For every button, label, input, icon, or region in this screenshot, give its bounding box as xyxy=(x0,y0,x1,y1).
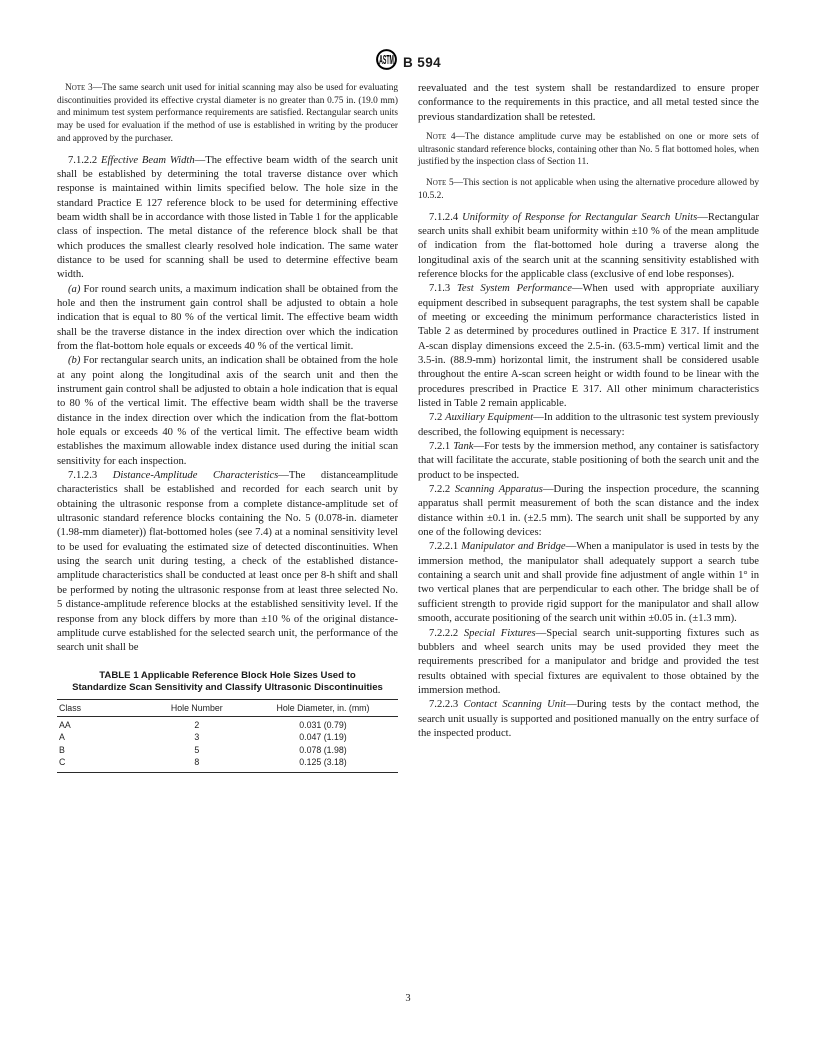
note-4: Note 4—The distance amplitude curve may … xyxy=(418,131,759,169)
paragraph-text: —When a manipulator is used in tests by … xyxy=(418,541,759,624)
table-1-body: AA 2 0.031 (0.79) A 3 0.047 (1.19) B 5 xyxy=(57,717,398,773)
note-label: Note 4 xyxy=(426,132,455,142)
column-header-class: Class xyxy=(57,700,146,717)
two-column-body: Note 3—The same search unit used for ini… xyxy=(57,82,759,773)
cell-hole-number: 5 xyxy=(146,744,248,756)
table-row: B 5 0.078 (1.98) xyxy=(57,744,398,756)
section-number: 7.2 xyxy=(429,412,445,423)
paragraph-7-2-2: 7.2.2Scanning Apparatus—During the inspe… xyxy=(418,483,759,540)
section-number: 7.1.3 xyxy=(429,283,457,294)
paragraph-7-2-2-3: 7.2.2.3Contact Scanning Unit—During test… xyxy=(418,698,759,741)
note-3: Note 3—The same search unit used for ini… xyxy=(57,82,398,146)
cell-hole-number: 8 xyxy=(146,757,248,773)
section-number: 7.2.2.2 xyxy=(429,628,464,639)
paragraph-7-1-2-4: 7.1.2.4Uniformity of Response for Rectan… xyxy=(418,211,759,283)
cell-hole-diameter: 0.031 (0.79) xyxy=(248,717,398,732)
document-page: ASTM B 594 Note 3—The same search unit u… xyxy=(0,0,816,1056)
right-column: reevaluated and the test system shall be… xyxy=(418,82,759,773)
paragraph-text: —The distanceamplitude characteristics s… xyxy=(57,470,398,653)
table-header-row: Class Hole Number Hole Diameter, in. (mm… xyxy=(57,700,398,717)
cell-hole-number: 3 xyxy=(146,732,248,744)
section-title: Effective Beam Width xyxy=(101,155,195,166)
paragraph-text: —The effective beam width of the search … xyxy=(57,155,398,281)
paragraph-continuation: reevaluated and the test system shall be… xyxy=(418,82,759,125)
section-title: Auxiliary Equipment xyxy=(445,412,533,423)
note-text: —This section is not applicable when usi… xyxy=(418,178,759,201)
cell-hole-diameter: 0.078 (1.98) xyxy=(248,744,398,756)
paragraph-text: —When used with appropriate auxiliary eq… xyxy=(418,283,759,409)
cell-class: B xyxy=(57,744,146,756)
paragraph-7-1-2-3: 7.1.2.3Distance-Amplitude Characteristic… xyxy=(57,469,398,655)
section-title: Distance-Amplitude Characteristics xyxy=(113,470,279,481)
table-1-grid: Class Hole Number Hole Diameter, in. (mm… xyxy=(57,699,398,773)
list-marker: (a) xyxy=(68,284,80,295)
section-title: Manipulator and Bridge xyxy=(461,541,565,552)
paragraph-7-1-2-2: 7.1.2.2Effective Beam Width—The effectiv… xyxy=(57,154,398,283)
table-row: A 3 0.047 (1.19) xyxy=(57,732,398,744)
cell-class: A xyxy=(57,732,146,744)
paragraph-a: (a) For round search units, a maximum in… xyxy=(57,283,398,355)
cell-class: AA xyxy=(57,717,146,732)
paragraph-text: For round search units, a maximum indica… xyxy=(57,284,398,352)
paragraph-b: (b) For rectangular search units, an ind… xyxy=(57,354,398,469)
table-1-title: TABLE 1 Applicable Reference Block Hole … xyxy=(57,670,398,695)
paragraph-7-2: 7.2Auxiliary Equipment—In addition to th… xyxy=(418,411,759,440)
table-1: TABLE 1 Applicable Reference Block Hole … xyxy=(57,670,398,774)
list-marker: (b) xyxy=(68,355,80,366)
section-title: Contact Scanning Unit xyxy=(464,699,567,710)
column-header-hole-number: Hole Number xyxy=(146,700,248,717)
section-title: Special Fixtures xyxy=(464,628,536,639)
standard-designation: B 594 xyxy=(403,55,441,70)
note-label: Note 5 xyxy=(426,178,454,188)
section-title: Scanning Apparatus xyxy=(455,484,543,495)
cell-hole-number: 2 xyxy=(146,717,248,732)
note-label: Note 3 xyxy=(65,83,93,93)
page-number: 3 xyxy=(405,993,410,1004)
paragraph-7-2-2-1: 7.2.2.1Manipulator and Bridge—When a man… xyxy=(418,540,759,626)
table-row: C 8 0.125 (3.18) xyxy=(57,757,398,773)
section-number: 7.2.2.3 xyxy=(429,699,464,710)
section-title: Uniformity of Response for Rectangular S… xyxy=(462,212,697,223)
left-column: Note 3—The same search unit used for ini… xyxy=(57,82,398,773)
note-5: Note 5—This section is not applicable wh… xyxy=(418,177,759,202)
cell-hole-diameter: 0.125 (3.18) xyxy=(248,757,398,773)
page-footer: 3 xyxy=(0,993,816,1004)
column-header-hole-diameter: Hole Diameter, in. (mm) xyxy=(248,700,398,717)
section-number: 7.1.2.2 xyxy=(68,155,101,166)
note-text: —The distance amplitude curve may be est… xyxy=(418,132,759,167)
paragraph-text: For rectangular search units, an indicat… xyxy=(57,355,398,466)
paragraph-7-2-1: 7.2.1Tank—For tests by the immersion met… xyxy=(418,440,759,483)
page-header: ASTM B 594 xyxy=(57,50,759,74)
astm-logo-letters: ASTM xyxy=(379,53,394,67)
section-number: 7.1.2.3 xyxy=(68,470,113,481)
section-number: 7.1.2.4 xyxy=(429,212,462,223)
section-title: Test System Performance xyxy=(457,283,572,294)
paragraph-7-2-2-2: 7.2.2.2Special Fixtures—Special search u… xyxy=(418,627,759,699)
cell-hole-diameter: 0.047 (1.19) xyxy=(248,732,398,744)
astm-logo-icon: ASTM xyxy=(375,48,398,76)
section-title: Tank xyxy=(453,441,473,452)
table-row: AA 2 0.031 (0.79) xyxy=(57,717,398,732)
section-number: 7.2.2 xyxy=(429,484,455,495)
table-1-header: Class Hole Number Hole Diameter, in. (mm… xyxy=(57,700,398,717)
cell-class: C xyxy=(57,757,146,773)
section-number: 7.2.2.1 xyxy=(429,541,461,552)
section-number: 7.2.1 xyxy=(429,441,453,452)
note-text: —The same search unit used for initial s… xyxy=(57,83,398,144)
paragraph-7-1-3: 7.1.3Test System Performance—When used w… xyxy=(418,282,759,411)
